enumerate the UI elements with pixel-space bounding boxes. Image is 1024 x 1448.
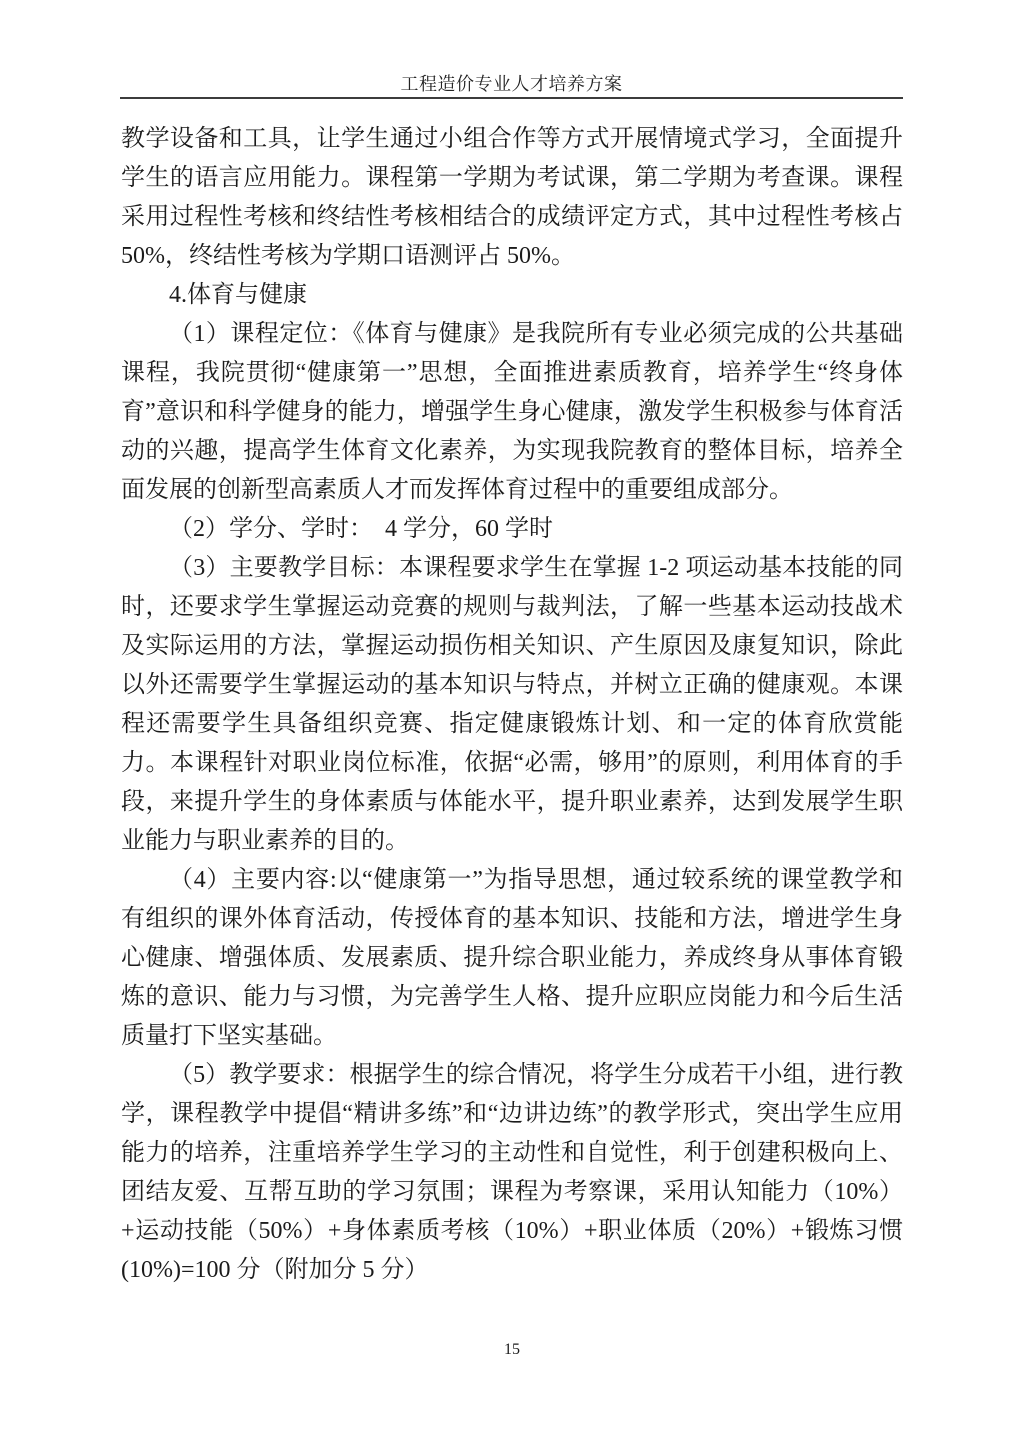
body-paragraph: （4）主要内容:以“健康第一”为指导思想，通过较系统的课堂教学和有组织的课外体育… [121,861,903,1056]
section-heading-paragraph: 4.体育与健康 [121,276,903,315]
body-paragraph: （3）主要教学目标：本课程要求学生在掌握 1-2 项运动基本技能的同时，还要求学… [121,549,903,861]
document-page: 工程造价专业人才培养方案 教学设备和工具，让学生通过小组合作等方式开展情境式学习… [0,0,1024,1448]
header-divider [120,97,903,99]
page-header-title: 工程造价专业人才培养方案 [120,70,903,96]
body-paragraph: （2）学分、学时： 4 学分，60 学时 [121,510,903,549]
body-paragraph: 教学设备和工具，让学生通过小组合作等方式开展情境式学习，全面提升学生的语言应用能… [121,120,903,276]
body-paragraph: （5）教学要求：根据学生的综合情况，将学生分成若干小组，进行教学，课程教学中提倡… [121,1056,903,1290]
body-paragraph: （1）课程定位：《体育与健康》是我院所有专业必须完成的公共基础课程，我院贯彻“健… [121,315,903,510]
page-number: 15 [0,1341,1024,1359]
document-body: 教学设备和工具，让学生通过小组合作等方式开展情境式学习，全面提升学生的语言应用能… [121,120,903,1290]
